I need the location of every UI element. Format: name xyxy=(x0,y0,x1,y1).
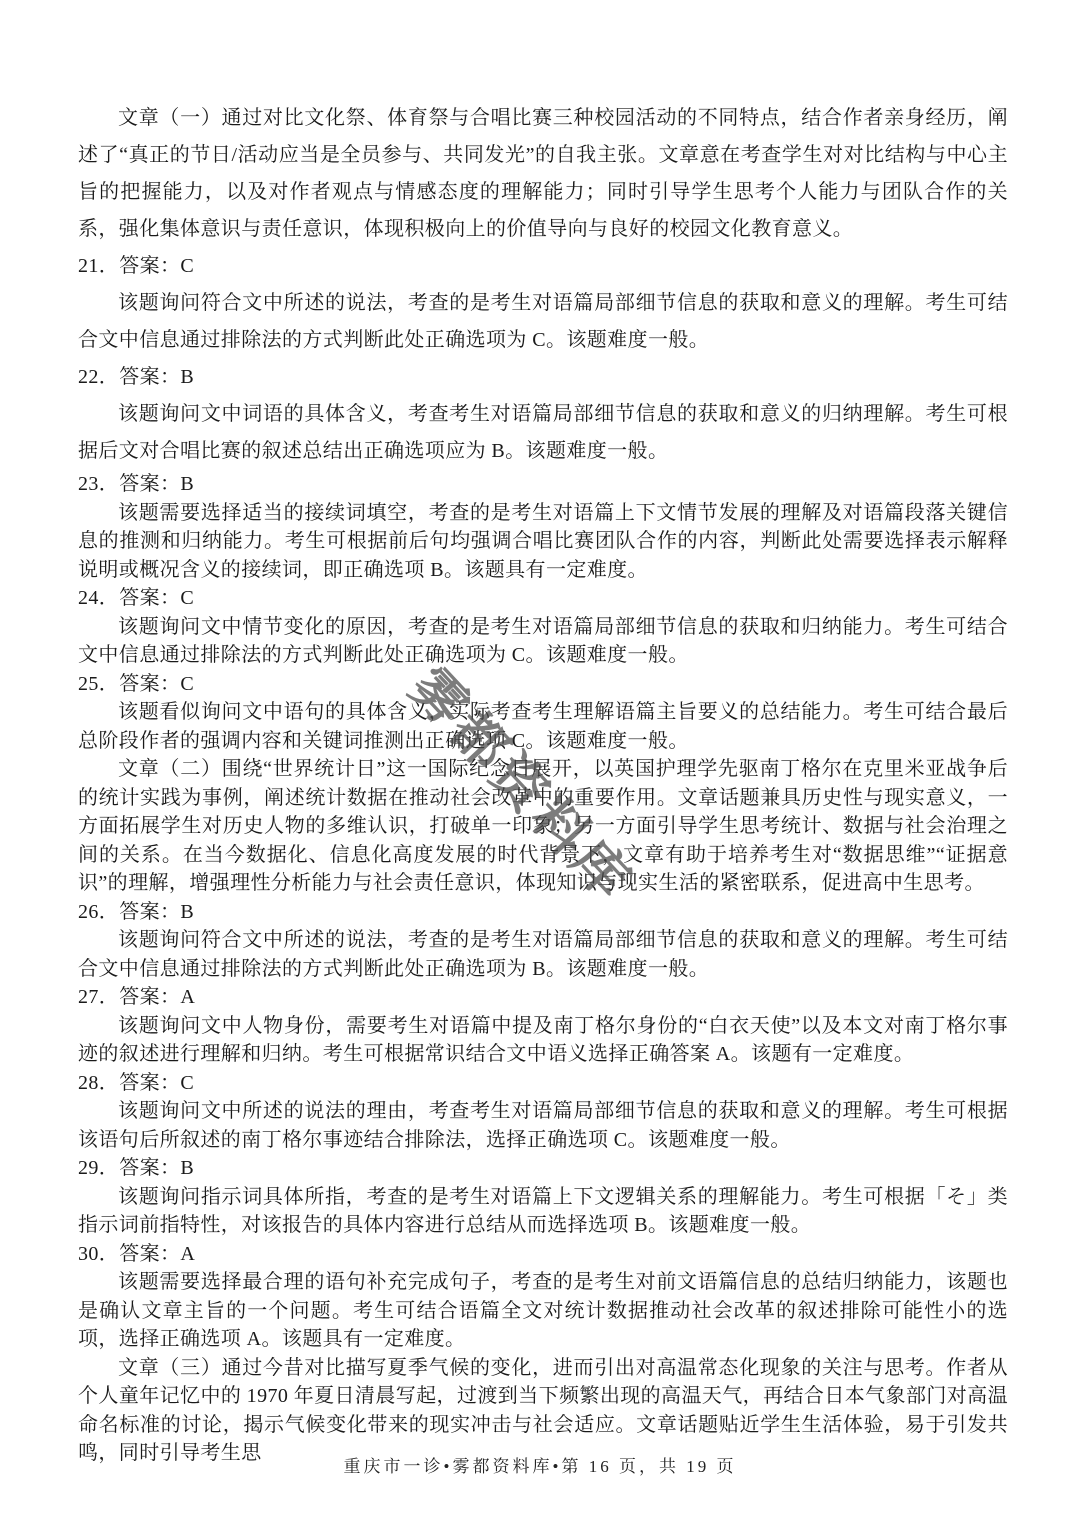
question-number: 27． xyxy=(78,986,119,1008)
question-number: 28． xyxy=(78,1072,119,1094)
answer-line: 30．答案：A xyxy=(78,1240,1008,1269)
answer-explanation: 该题需要选择最合理的语句补充完成句子，考查的是考生对前文语篇信息的总结归纳能力，… xyxy=(78,1268,1008,1354)
answer-label: 答案： xyxy=(119,366,180,388)
question-number: 29． xyxy=(78,1157,119,1179)
answer-explanation: 该题看似询问文中语句的具体含义，实际考查考生理解语篇主旨要义的总结能力。考生可结… xyxy=(78,698,1008,755)
article-1-summary: 文章（一）通过对比文化祭、体育祭与合唱比赛三种校园活动的不同特点，结合作者亲身经… xyxy=(78,100,1008,248)
question-number: 30． xyxy=(78,1243,119,1265)
answer-letter: C xyxy=(180,255,194,277)
answer-letter: B xyxy=(180,901,194,923)
answer-line: 21．答案：C xyxy=(78,248,1008,285)
answer-line: 28．答案：C xyxy=(78,1069,1008,1098)
answer-item-23: 23．答案：B 该题需要选择适当的接续词填空，考查的是考生对语篇上下文情节发展的… xyxy=(78,470,1008,584)
answer-line: 23．答案：B xyxy=(78,470,1008,499)
article-3-summary: 文章（三）通过今昔对比描写夏季气候的变化，进而引出对高温常态化现象的关注与思考。… xyxy=(78,1354,1008,1468)
answer-item-30: 30．答案：A 该题需要选择最合理的语句补充完成句子，考查的是考生对前文语篇信息… xyxy=(78,1240,1008,1354)
answer-label: 答案： xyxy=(119,1072,180,1094)
answer-explanation: 该题询问文中情节变化的原因，考查的是考生对语篇局部细节信息的获取和归纳能力。考生… xyxy=(78,613,1008,670)
answer-label: 答案： xyxy=(119,1157,180,1179)
answer-item-29: 29．答案：B 该题询问指示词具体所指，考查的是考生对语篇上下文逻辑关系的理解能… xyxy=(78,1154,1008,1240)
answer-letter: B xyxy=(180,366,194,388)
answer-letter: B xyxy=(180,473,194,495)
answer-explanation: 该题询问符合文中所述的说法，考查的是考生对语篇局部细节信息的获取和意义的理解。考… xyxy=(78,926,1008,983)
answer-item-22: 22．答案：B 该题询问文中词语的具体含义，考查考生对语篇局部细节信息的获取和意… xyxy=(78,359,1008,470)
answer-letter: B xyxy=(180,1157,194,1179)
answer-label: 答案： xyxy=(119,901,180,923)
question-number: 26． xyxy=(78,901,119,923)
answer-explanation: 该题询问文中人物身份，需要考生对语篇中提及南丁格尔身份的“白衣天使”以及本文对南… xyxy=(78,1012,1008,1069)
answer-explanation: 该题询问指示词具体所指，考查的是考生对语篇上下文逻辑关系的理解能力。考生可根据「… xyxy=(78,1183,1008,1240)
answer-key-content: 文章（一）通过对比文化祭、体育祭与合唱比赛三种校园活动的不同特点，结合作者亲身经… xyxy=(78,100,1008,1468)
answer-letter: A xyxy=(180,986,195,1008)
answer-item-28: 28．答案：C 该题询问文中所述的说法的理由，考查考生对语篇局部细节信息的获取和… xyxy=(78,1069,1008,1155)
answer-letter: A xyxy=(180,1243,195,1265)
answer-line: 26．答案：B xyxy=(78,898,1008,927)
answer-letter: C xyxy=(180,673,194,695)
answer-line: 25．答案：C xyxy=(78,670,1008,699)
question-number: 24． xyxy=(78,587,119,609)
answer-label: 答案： xyxy=(119,1243,180,1265)
answer-line: 29．答案：B xyxy=(78,1154,1008,1183)
answer-label: 答案： xyxy=(119,673,180,695)
page-footer: 重庆市一诊•雾都资料库•第 16 页，共 19 页 xyxy=(0,1452,1080,1477)
answer-line: 27．答案：A xyxy=(78,983,1008,1012)
question-number: 23． xyxy=(78,473,119,495)
question-number: 22． xyxy=(78,366,119,388)
answer-explanation: 该题询问符合文中所述的说法，考查的是考生对语篇局部细节信息的获取和意义的理解。考… xyxy=(78,285,1008,359)
answer-item-24: 24．答案：C 该题询问文中情节变化的原因，考查的是考生对语篇局部细节信息的获取… xyxy=(78,584,1008,670)
question-number: 21． xyxy=(78,255,119,277)
document-page: 文章（一）通过对比文化祭、体育祭与合唱比赛三种校园活动的不同特点，结合作者亲身经… xyxy=(0,0,1080,1527)
answer-label: 答案： xyxy=(119,473,180,495)
answer-letter: C xyxy=(180,587,194,609)
answer-item-21: 21．答案：C 该题询问符合文中所述的说法，考查的是考生对语篇局部细节信息的获取… xyxy=(78,248,1008,359)
answer-item-25: 25．答案：C 该题看似询问文中语句的具体含义，实际考查考生理解语篇主旨要义的总… xyxy=(78,670,1008,756)
answer-letter: C xyxy=(180,1072,194,1094)
answer-label: 答案： xyxy=(119,587,180,609)
question-number: 25． xyxy=(78,673,119,695)
answer-explanation: 该题询问文中词语的具体含义，考查考生对语篇局部细节信息的获取和意义的归纳理解。考… xyxy=(78,396,1008,470)
answer-label: 答案： xyxy=(119,986,180,1008)
answer-explanation: 该题需要选择适当的接续词填空，考查的是考生对语篇上下文情节发展的理解及对语篇段落… xyxy=(78,499,1008,585)
answer-item-27: 27．答案：A 该题询问文中人物身份，需要考生对语篇中提及南丁格尔身份的“白衣天… xyxy=(78,983,1008,1069)
answer-line: 22．答案：B xyxy=(78,359,1008,396)
answer-label: 答案： xyxy=(119,255,180,277)
article-2-summary: 文章（二）围绕“世界统计日”这一国际纪念日展开，以英国护理学先驱南丁格尔在克里米… xyxy=(78,755,1008,898)
answer-explanation: 该题询问文中所述的说法的理由，考查考生对语篇局部细节信息的获取和意义的理解。考生… xyxy=(78,1097,1008,1154)
answer-item-26: 26．答案：B 该题询问符合文中所述的说法，考查的是考生对语篇局部细节信息的获取… xyxy=(78,898,1008,984)
answer-line: 24．答案：C xyxy=(78,584,1008,613)
